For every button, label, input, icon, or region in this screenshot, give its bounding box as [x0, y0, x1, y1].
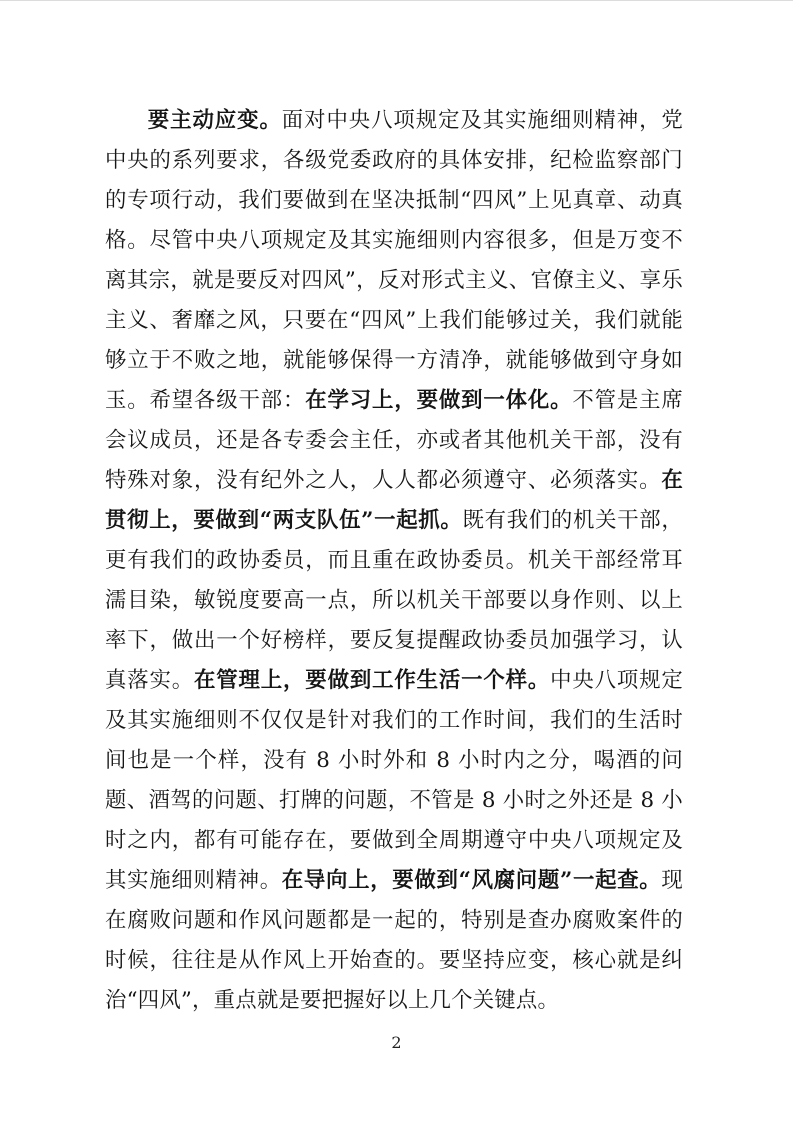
body-paragraph: 要主动应变。面对中央八项规定及其实施细则精神，党中央的系列要求，各级党委政府的具…	[105, 101, 683, 1021]
text-run: 面对中央八项规定及其实施细则精神，党中央的系列要求，各级党委政府的具体安排，纪检…	[105, 108, 683, 413]
page-number: 2	[0, 1031, 793, 1055]
document-page: 要主动应变。面对中央八项规定及其实施细则精神，党中央的系列要求，各级党委政府的具…	[0, 0, 793, 1122]
emphasis-run: 在学习上，要做到一体化。	[305, 388, 572, 413]
document-body: 要主动应变。面对中央八项规定及其实施细则精神，党中央的系列要求，各级党委政府的具…	[105, 101, 683, 1021]
emphasis-run: 要主动应变。	[148, 108, 282, 133]
emphasis-run: 在导向上，要做到“风腐问题”一起查。	[282, 868, 662, 893]
text-run: 既有我们的机关干部，更有我们的政协委员，而且重在政协委员。机关干部经常耳濡目染，…	[105, 508, 683, 693]
emphasis-run: 在管理上，要做到工作生活一个样。	[194, 668, 550, 693]
text-run: 中央八项规定及其实施细则不仅仅是针对我们的工作时间，我们的生活时间也是一个样，没…	[105, 668, 683, 893]
